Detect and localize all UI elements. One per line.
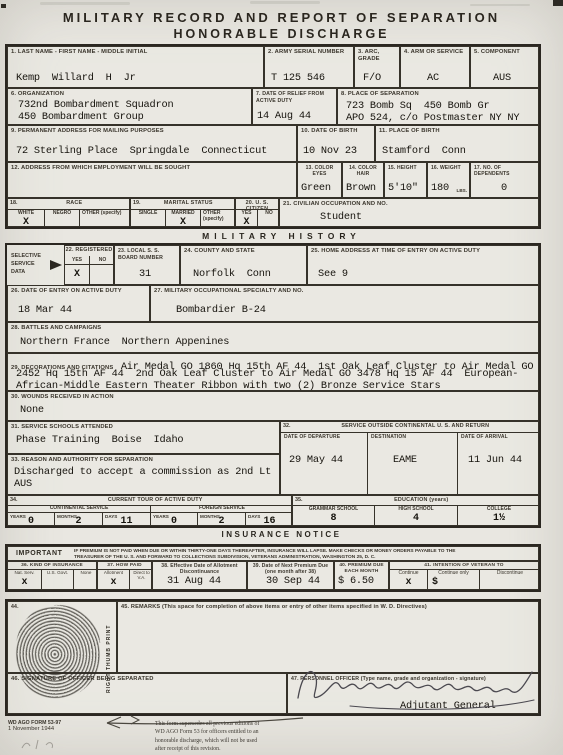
note-line3: honorable discharge, which will not be u… bbox=[155, 737, 395, 745]
field-38-value: 31 Aug 44 bbox=[167, 575, 221, 587]
field-17-value: 0 bbox=[501, 182, 507, 194]
field-40-label: 40. PREMIUM DUE EACH MONTH bbox=[335, 562, 388, 576]
field-25-label: 25. HOME ADDRESS AT TIME OF ENTRY ON ACT… bbox=[308, 246, 538, 257]
destination-label: DESTINATION bbox=[368, 432, 457, 442]
field-8-label: 8. PLACE OF SEPARATION bbox=[338, 89, 538, 100]
marital-married-cell: MARRIED X bbox=[166, 209, 201, 226]
field-9-value: 72 Sterling Place Springdale Connecticut bbox=[16, 145, 267, 157]
field-33-label: 33. REASON AND AUTHORITY FOR SEPARATION bbox=[8, 455, 279, 466]
form-title: MILITARY RECORD AND REPORT OF SEPARATION bbox=[0, 10, 563, 25]
insurance-nat-serv-mark: x bbox=[8, 577, 41, 588]
field-4-label: 4. ARM OR SERVICE bbox=[401, 47, 469, 58]
college-cell: COLLEGE 1½ bbox=[458, 505, 540, 525]
marital-other-label: OTHER (specify) bbox=[201, 209, 236, 222]
field-6-value-line1: 732nd Bombardment Squadron bbox=[18, 99, 173, 111]
field-17-label: 17. NO. OF DEPENDENTS bbox=[471, 163, 538, 180]
continental-years-value: 0 bbox=[8, 516, 54, 527]
foreign-days-cell: DAYS 16 bbox=[246, 512, 293, 525]
field-34-label: CURRENT TOUR OF ACTIVE DUTY bbox=[20, 496, 292, 505]
field-5-value: AUS bbox=[493, 72, 511, 84]
scan-speck bbox=[1, 4, 6, 8]
grammar-school-cell: GRAMMAR SCHOOL 8 bbox=[293, 505, 375, 525]
note-line1: This form supersedes all previous editio… bbox=[155, 720, 395, 728]
field-18-number: 18. bbox=[8, 199, 20, 209]
citizen-yes-mark: X bbox=[236, 217, 257, 228]
field-8-value-line1: 723 Bomb Sq 450 Bomb Gr bbox=[346, 100, 490, 112]
field-37-label: 37. HOW PAID bbox=[98, 562, 151, 569]
field-13-value: Green bbox=[301, 182, 331, 194]
field-20-label: 20. U. S. CITIZEN bbox=[236, 199, 278, 209]
citizen-yes-label: YES bbox=[236, 209, 257, 216]
field-18-race: 18. RACE WHITE X NEGRO OTHER (specify) bbox=[7, 198, 130, 227]
field-33-reason-for-separation: 33. REASON AND AUTHORITY FOR SEPARATION … bbox=[7, 454, 280, 495]
selective-service-arrow-icon bbox=[50, 260, 62, 270]
field-27-label: 27. MILITARY OCCUPATIONAL SPECIALTY AND … bbox=[151, 286, 538, 297]
destination-value: EAME bbox=[393, 454, 417, 466]
field-14-label: 14. COLOR HAIR bbox=[343, 163, 383, 180]
form-date: 1 November 1944 bbox=[8, 726, 61, 732]
race-negro-label: NEGRO bbox=[45, 209, 79, 216]
field-31-value: Phase Training Boise Idaho bbox=[16, 434, 183, 446]
field-19-number: 19. bbox=[131, 199, 143, 209]
departure-value: 29 May 44 bbox=[289, 454, 343, 466]
field-40-value: $ 6.50 bbox=[338, 575, 374, 587]
field-32-service-outside: 32. SERVICE OUTSIDE CONTINENTAL U. S. AN… bbox=[280, 421, 539, 495]
field-35-label: EDUCATION (years) bbox=[305, 496, 539, 505]
note-line2: WD AGO Form 53 for officers entitled to … bbox=[155, 728, 395, 736]
field-1-name: 1. LAST NAME - FIRST NAME - MIDDLE INITI… bbox=[7, 46, 264, 88]
field-9-mailing-address: 9. PERMANENT ADDRESS FOR MAILING PURPOSE… bbox=[7, 125, 297, 162]
field-5-label: 5. COMPONENT bbox=[471, 47, 538, 58]
field-30-wounds: 30. WOUNDS RECEIVED IN ACTION None bbox=[7, 391, 539, 421]
race-negro-cell: NEGRO bbox=[45, 209, 80, 226]
field-8-value-line2: APO 524, c/o Postmaster NY NY bbox=[346, 112, 519, 124]
field-36-kind-of-insurance: 36. KIND OF INSURANCE Nat. Serv. x U.S. … bbox=[7, 561, 97, 590]
insurance-table: IMPORTANT IF PREMIUM IS NOT PAID WHEN DU… bbox=[5, 544, 541, 592]
field-30-label: 30. WOUNDS RECEIVED IN ACTION bbox=[8, 392, 538, 403]
how-paid-direct-cell: Direct to V.A. bbox=[130, 569, 153, 589]
citizen-no-label: NO bbox=[258, 209, 280, 216]
field-12-employment-address: 12. ADDRESS FROM WHICH EMPLOYMENT WILL B… bbox=[7, 162, 297, 198]
field-29-value-line2: 2452 Hq 15th AF 44 2nd Oak Leaf Cluster … bbox=[16, 368, 518, 380]
arrival-cell: DATE OF ARRIVAL 11 Jun 44 bbox=[458, 432, 540, 494]
field-22-label: 22. REGISTERED bbox=[65, 246, 113, 256]
field-39-value: 30 Sep 44 bbox=[266, 575, 320, 587]
field-16-value: 180 bbox=[431, 182, 449, 194]
registered-yes-mark: X bbox=[65, 269, 89, 280]
field-2-serial-number: 2. ARMY SERIAL NUMBER T 125 546 bbox=[264, 46, 354, 88]
scan-speck bbox=[553, 0, 563, 6]
field-21-label: 21. CIVILIAN OCCUPATION AND NO. bbox=[280, 199, 538, 210]
field-1-label: 1. LAST NAME - FIRST NAME - MIDDLE INITI… bbox=[8, 47, 263, 58]
important-label: IMPORTANT bbox=[16, 550, 63, 557]
field-4-value: AC bbox=[427, 72, 439, 84]
continental-years-cell: YEARS 0 bbox=[8, 512, 55, 525]
field-24-label: 24. COUNTY AND STATE bbox=[181, 246, 306, 257]
field-28-value: Northern France Northern Appenines bbox=[20, 336, 229, 348]
field-35-education: 35. EDUCATION (years) GRAMMAR SCHOOL 8 H… bbox=[292, 495, 539, 526]
destination-cell: DESTINATION EAME bbox=[368, 432, 458, 494]
field-39-next-premium-due: 39. Date of Next Premium Due (one month … bbox=[247, 561, 334, 590]
field-14-value: Brown bbox=[346, 182, 376, 194]
field-19-marital-status: 19. MARITAL STATUS SINGLE MARRIED X OTHE… bbox=[130, 198, 235, 227]
field-29-decorations: 29. DECORATIONS AND CITATIONS Air Medal … bbox=[7, 353, 539, 391]
field-32-number: 32. bbox=[281, 422, 293, 432]
field-7-date-of-relief: 7. DATE OF RELIEF FROM ACTIVE DUTY 14 Au… bbox=[252, 88, 337, 125]
field-2-value: T 125 546 bbox=[271, 72, 325, 84]
high-school-cell: HIGH SCHOOL 4 bbox=[375, 505, 458, 525]
insurance-nat-serv-cell: Nat. Serv. x bbox=[8, 569, 42, 589]
field-26-date-of-entry: 26. DATE OF ENTRY ON ACTIVE DUTY 18 Mar … bbox=[7, 285, 150, 322]
insurance-none-cell: None bbox=[74, 569, 98, 589]
field-6-organization: 6. ORGANIZATION 732nd Bombardment Squadr… bbox=[7, 88, 252, 125]
field-11-place-of-birth: 11. PLACE OF BIRTH Stamford Conn bbox=[375, 125, 539, 162]
marital-other-cell: OTHER (specify) bbox=[201, 209, 236, 226]
field-33-value-line2: AUS bbox=[14, 478, 32, 490]
marital-single-label: SINGLE bbox=[131, 209, 165, 216]
personal-data-table: 1. LAST NAME - FIRST NAME - MIDDLE INITI… bbox=[5, 44, 541, 229]
registered-no-cell: NO bbox=[90, 256, 115, 284]
field-1-value: Kemp Willard H Jr bbox=[16, 72, 136, 84]
field-10-value: 10 Nov 23 bbox=[303, 145, 357, 157]
how-paid-allotment-cell: Allotment x bbox=[98, 569, 130, 589]
race-white-cell: WHITE X bbox=[8, 209, 45, 226]
field-3-label: 3. ARC, GRADE bbox=[355, 47, 399, 65]
field-27-value: Bombardier B-24 bbox=[176, 304, 266, 316]
registered-no-label: NO bbox=[90, 256, 115, 265]
field-30-value: None bbox=[20, 404, 44, 416]
field-23-label: 23. LOCAL S. S. BOARD NUMBER bbox=[115, 246, 179, 263]
citizen-no-cell: NO bbox=[258, 209, 280, 226]
foreign-days-value: 16 bbox=[246, 516, 293, 527]
form-identifier: WD AGO FORM 53-97 1 November 1944 bbox=[8, 720, 61, 732]
how-paid-allotment-mark: x bbox=[98, 577, 129, 588]
foreign-service-header: FOREIGN SERVICE bbox=[151, 505, 293, 512]
field-34-number: 34. bbox=[8, 496, 20, 505]
form-subtitle: HONORABLE DISCHARGE bbox=[0, 27, 563, 41]
field-13-label: 13. COLOR EYES bbox=[298, 163, 341, 180]
field-4-arm-or-service: 4. ARM OR SERVICE AC bbox=[400, 46, 470, 88]
scan-smudge bbox=[250, 1, 320, 4]
grammar-school-value: 8 bbox=[293, 513, 374, 524]
selective-service-line1: SELECTIVE bbox=[11, 252, 41, 260]
note-line4: after receipt of this revision. bbox=[155, 745, 395, 753]
field-31-service-schools: 31. SERVICE SCHOOLS ATTENDED Phase Train… bbox=[7, 421, 280, 454]
field-9-label: 9. PERMANENT ADDRESS FOR MAILING PURPOSE… bbox=[8, 126, 296, 137]
departure-cell: DATE OF DEPARTURE 29 May 44 bbox=[281, 432, 368, 494]
citizen-yes-cell: YES X bbox=[236, 209, 258, 226]
pencil-marks bbox=[16, 736, 86, 752]
college-value: 1½ bbox=[458, 513, 540, 524]
field-21-value: Student bbox=[320, 211, 362, 223]
field-28-battles-campaigns: 28. BATTLES AND CAMPAIGNS Northern Franc… bbox=[7, 322, 539, 353]
field-10-label: 10. DATE OF BIRTH bbox=[298, 126, 374, 137]
intention-discontinue-cell: Discontinue bbox=[480, 569, 540, 589]
registered-yes-label: YES bbox=[65, 256, 89, 265]
arrival-label: DATE OF ARRIVAL bbox=[458, 432, 540, 442]
field-20-citizen: 20. U. S. CITIZEN YES X NO bbox=[235, 198, 279, 227]
field-27-mos: 27. MILITARY OCCUPATIONAL SPECIALTY AND … bbox=[150, 285, 539, 322]
foreign-years-value: 0 bbox=[151, 516, 197, 527]
field-8-place-of-separation: 8. PLACE OF SEPARATION 723 Bomb Sq 450 B… bbox=[337, 88, 539, 125]
form-revision-note: This form supersedes all previous editio… bbox=[155, 720, 395, 754]
field-12-label: 12. ADDRESS FROM WHICH EMPLOYMENT WILL B… bbox=[8, 163, 296, 174]
registered-yes-cell: YES X bbox=[65, 256, 90, 284]
field-13-color-eyes: 13. COLOR EYES Green bbox=[297, 162, 342, 198]
insurance-us-govt-cell: U.S. Govt. bbox=[42, 569, 74, 589]
continental-days-cell: DAYS 11 bbox=[103, 512, 151, 525]
intention-continue-cell: Continue x bbox=[390, 569, 428, 589]
continental-months-value: 2 bbox=[55, 516, 102, 527]
selective-service-line3: DATA bbox=[11, 268, 41, 276]
field-41-intention: 41. INTENTION OF VETERAN TO Continue x C… bbox=[389, 561, 539, 590]
field-21-civilian-occupation: 21. CIVILIAN OCCUPATION AND NO. Student bbox=[279, 198, 539, 227]
field-15-height: 15. HEIGHT 5'10" bbox=[384, 162, 427, 198]
intention-continue-only-cell: Continue only $ bbox=[428, 569, 480, 589]
military-history-header: MILITARY HISTORY bbox=[0, 231, 563, 241]
continental-months-cell: MONTHS 2 bbox=[55, 512, 103, 525]
field-16-weight: 16. WEIGHT 180 LBS. bbox=[427, 162, 470, 198]
field-33-value-line1: Discharged to accept a commission as 2nd… bbox=[14, 466, 271, 478]
field-14-color-hair: 14. COLOR HAIR Brown bbox=[342, 162, 384, 198]
field-7-label: 7. DATE OF RELIEF FROM ACTIVE DUTY bbox=[253, 89, 336, 106]
signature-block-table: 44. RIGHT THUMB PRINT 45. REMARKS (This … bbox=[5, 599, 541, 716]
field-36-label: 36. KIND OF INSURANCE bbox=[8, 562, 96, 569]
field-15-label: 15. HEIGHT bbox=[385, 163, 426, 173]
field-18-label: RACE bbox=[20, 199, 130, 209]
field-26-label: 26. DATE OF ENTRY ON ACTIVE DUTY bbox=[8, 286, 149, 297]
field-38-allotment-discontinuance: 38. Effective Date of Allotment Disconti… bbox=[152, 561, 247, 590]
field-26-value: 18 Mar 44 bbox=[18, 304, 72, 316]
intention-continue-only-mark: $ bbox=[428, 577, 479, 588]
marital-married-label: MARRIED bbox=[166, 209, 200, 216]
selective-service-line2: SERVICE bbox=[11, 260, 41, 268]
field-41-label: 41. INTENTION OF VETERAN TO bbox=[390, 562, 538, 569]
field-6-value-line2: 450 Bombardment Group bbox=[18, 111, 144, 123]
high-school-value: 4 bbox=[375, 513, 457, 524]
field-25-value: See 9 bbox=[318, 268, 348, 280]
race-other-label: OTHER (specify) bbox=[80, 209, 131, 216]
departure-label: DATE OF DEPARTURE bbox=[281, 432, 367, 442]
field-2-label: 2. ARMY SERIAL NUMBER bbox=[265, 47, 353, 58]
field-23-board-number: 23. LOCAL S. S. BOARD NUMBER 31 bbox=[114, 245, 180, 285]
field-23-value: 31 bbox=[139, 268, 151, 280]
field-3-value: F/O bbox=[363, 72, 381, 84]
continental-days-value: 11 bbox=[103, 516, 150, 527]
field-24-county-state: 24. COUNTY AND STATE Norfolk Conn bbox=[180, 245, 307, 285]
arrival-value: 11 Jun 44 bbox=[468, 454, 522, 466]
field-25-home-address: 25. HOME ADDRESS AT TIME OF ENTRY ON ACT… bbox=[307, 245, 539, 285]
field-17-dependents: 17. NO. OF DEPENDENTS 0 bbox=[470, 162, 539, 198]
field-47-personnel-officer: 47. PERSONNEL OFFICER (Type name, grade … bbox=[287, 673, 539, 714]
race-white-label: WHITE bbox=[8, 209, 44, 216]
field-16-label: 16. WEIGHT bbox=[428, 163, 469, 173]
field-22-registered: 22. REGISTERED YES X NO bbox=[64, 245, 114, 285]
field-32-label: SERVICE OUTSIDE CONTINENTAL U. S. AND RE… bbox=[293, 422, 539, 432]
intention-continue-mark: x bbox=[390, 577, 427, 588]
military-history-table: SELECTIVE SERVICE DATA 22. REGISTERED YE… bbox=[5, 243, 541, 528]
race-other-cell: OTHER (specify) bbox=[80, 209, 131, 226]
continental-service-header: CONTINENTAL SERVICE bbox=[8, 505, 151, 512]
field-11-label: 11. PLACE OF BIRTH bbox=[376, 126, 538, 137]
marital-single-cell: SINGLE bbox=[131, 209, 166, 226]
scan-smudge bbox=[470, 4, 530, 6]
personnel-officer-signature bbox=[290, 656, 538, 714]
field-16-unit: LBS. bbox=[457, 188, 467, 193]
field-10-date-of-birth: 10. DATE OF BIRTH 10 Nov 23 bbox=[297, 125, 375, 162]
field-45-label: 45. REMARKS (This space for completion o… bbox=[118, 602, 538, 613]
insurance-notice-header: INSURANCE NOTICE bbox=[0, 530, 563, 539]
foreign-months-cell: MONTHS 2 bbox=[198, 512, 246, 525]
field-28-label: 28. BATTLES AND CAMPAIGNS bbox=[8, 323, 538, 334]
scan-smudge bbox=[40, 2, 130, 5]
field-40-premium-due: 40. PREMIUM DUE EACH MONTH $ 6.50 bbox=[334, 561, 389, 590]
field-34-current-tour: 34. CURRENT TOUR OF ACTIVE DUTY CONTINEN… bbox=[7, 495, 292, 526]
field-11-value: Stamford Conn bbox=[382, 145, 466, 157]
discharge-form-page: MILITARY RECORD AND REPORT OF SEPARATION… bbox=[0, 0, 563, 755]
field-35-number: 35. bbox=[293, 496, 305, 505]
insurance-important-row: IMPORTANT IF PREMIUM IS NOT PAID WHEN DU… bbox=[7, 546, 539, 561]
race-white-mark: X bbox=[8, 217, 44, 228]
field-31-label: 31. SERVICE SCHOOLS ATTENDED bbox=[8, 422, 279, 433]
field-5-component: 5. COMPONENT AUS bbox=[470, 46, 539, 88]
field-7-value: 14 Aug 44 bbox=[257, 110, 311, 122]
foreign-years-cell: YEARS 0 bbox=[151, 512, 198, 525]
field-19-label: MARITAL STATUS bbox=[143, 199, 235, 209]
field-15-value: 5'10" bbox=[388, 182, 418, 194]
field-3-grade: 3. ARC, GRADE F/O bbox=[354, 46, 400, 88]
selective-service-cell: SELECTIVE SERVICE DATA bbox=[7, 245, 64, 285]
foreign-months-value: 2 bbox=[198, 516, 245, 527]
field-24-value: Norfolk Conn bbox=[193, 268, 271, 280]
marital-married-mark: X bbox=[166, 217, 200, 228]
field-37-how-paid: 37. HOW PAID Allotment x Direct to V.A. bbox=[97, 561, 152, 590]
